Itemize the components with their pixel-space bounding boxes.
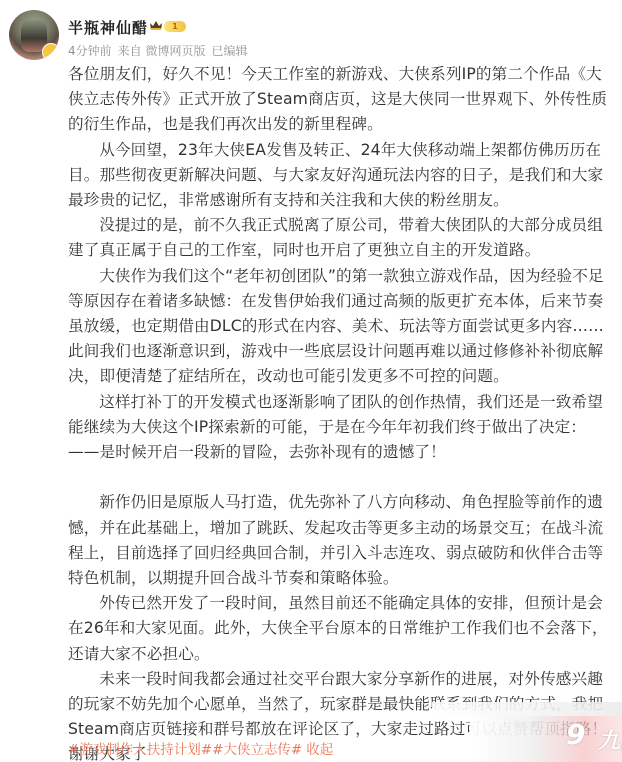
topic-tag-producer-support[interactable]: #游戏制作人扶持计划# [68,742,212,758]
paragraph: ——是时候开启一段新的冒险，去弥补现有的遗憾了！ [68,440,613,465]
topic-tag-daxia[interactable]: #大侠立志传# [212,742,302,758]
avatar[interactable] [9,10,59,60]
paragraph: 没提过的是，前不久我正式脱离了原公司，带着大侠团队的大部分成员组建了真正属于自己… [68,213,613,263]
post-header: 半瓶神仙醋 1 4分钟前来自 微博网页版已编辑 [0,0,622,62]
paragraph: 外传已然开发了一段时间，虽然目前还不能确定具体的安排，但预计是会在26年和大家见… [68,591,613,667]
topic-tags: #游戏制作人扶持计划##大侠立志传#收起 [68,738,333,758]
paragraph: 从今回望，23年大侠EA发售及转正、24年大侠移动端上架都仿佛历历在目。那些彻夜… [68,138,613,214]
edited-label[interactable]: 已编辑 [211,44,247,58]
watermark-text: 九游 [598,724,622,755]
level-badge: 1 [164,21,186,32]
paragraph: 新作仍旧是原版人马打造，优先弥补了八方向移动、角色捏脸等前作的遗憾，并在此基础上… [68,490,613,591]
paragraph: 各位朋友们，好久不见！今天工作室的新游戏、大侠系列IP的第二个作品《大侠立志传外… [68,62,613,138]
paragraph: 大侠作为我们这个“老年初创团队”的第一款独立游戏作品，因为经验不足等原因存在着诸… [68,264,613,390]
vip-badge-icon [42,43,59,60]
paragraph: 这样打补丁的开发模式也逐渐影响了团队的创作热情，我们还是一致希望能继续为大侠这个… [68,390,613,440]
author-name[interactable]: 半瓶神仙醋 [68,17,148,38]
blank-line [68,465,613,490]
post-time[interactable]: 4分钟前 [68,44,112,58]
post-source: 来自 微博网页版 [118,44,206,58]
post-content: 各位朋友们，好久不见！今天工作室的新游戏、大侠系列IP的第二个作品《大侠立志传外… [68,62,613,762]
crown-icon [149,20,163,31]
watermark-logo-icon: 9 [566,718,585,751]
post-meta: 4分钟前来自 微博网页版已编辑 [68,42,253,59]
watermark: 9 九游 [470,716,622,762]
obscuring-overlay [432,702,622,716]
collapse-link[interactable]: 收起 [306,742,333,758]
